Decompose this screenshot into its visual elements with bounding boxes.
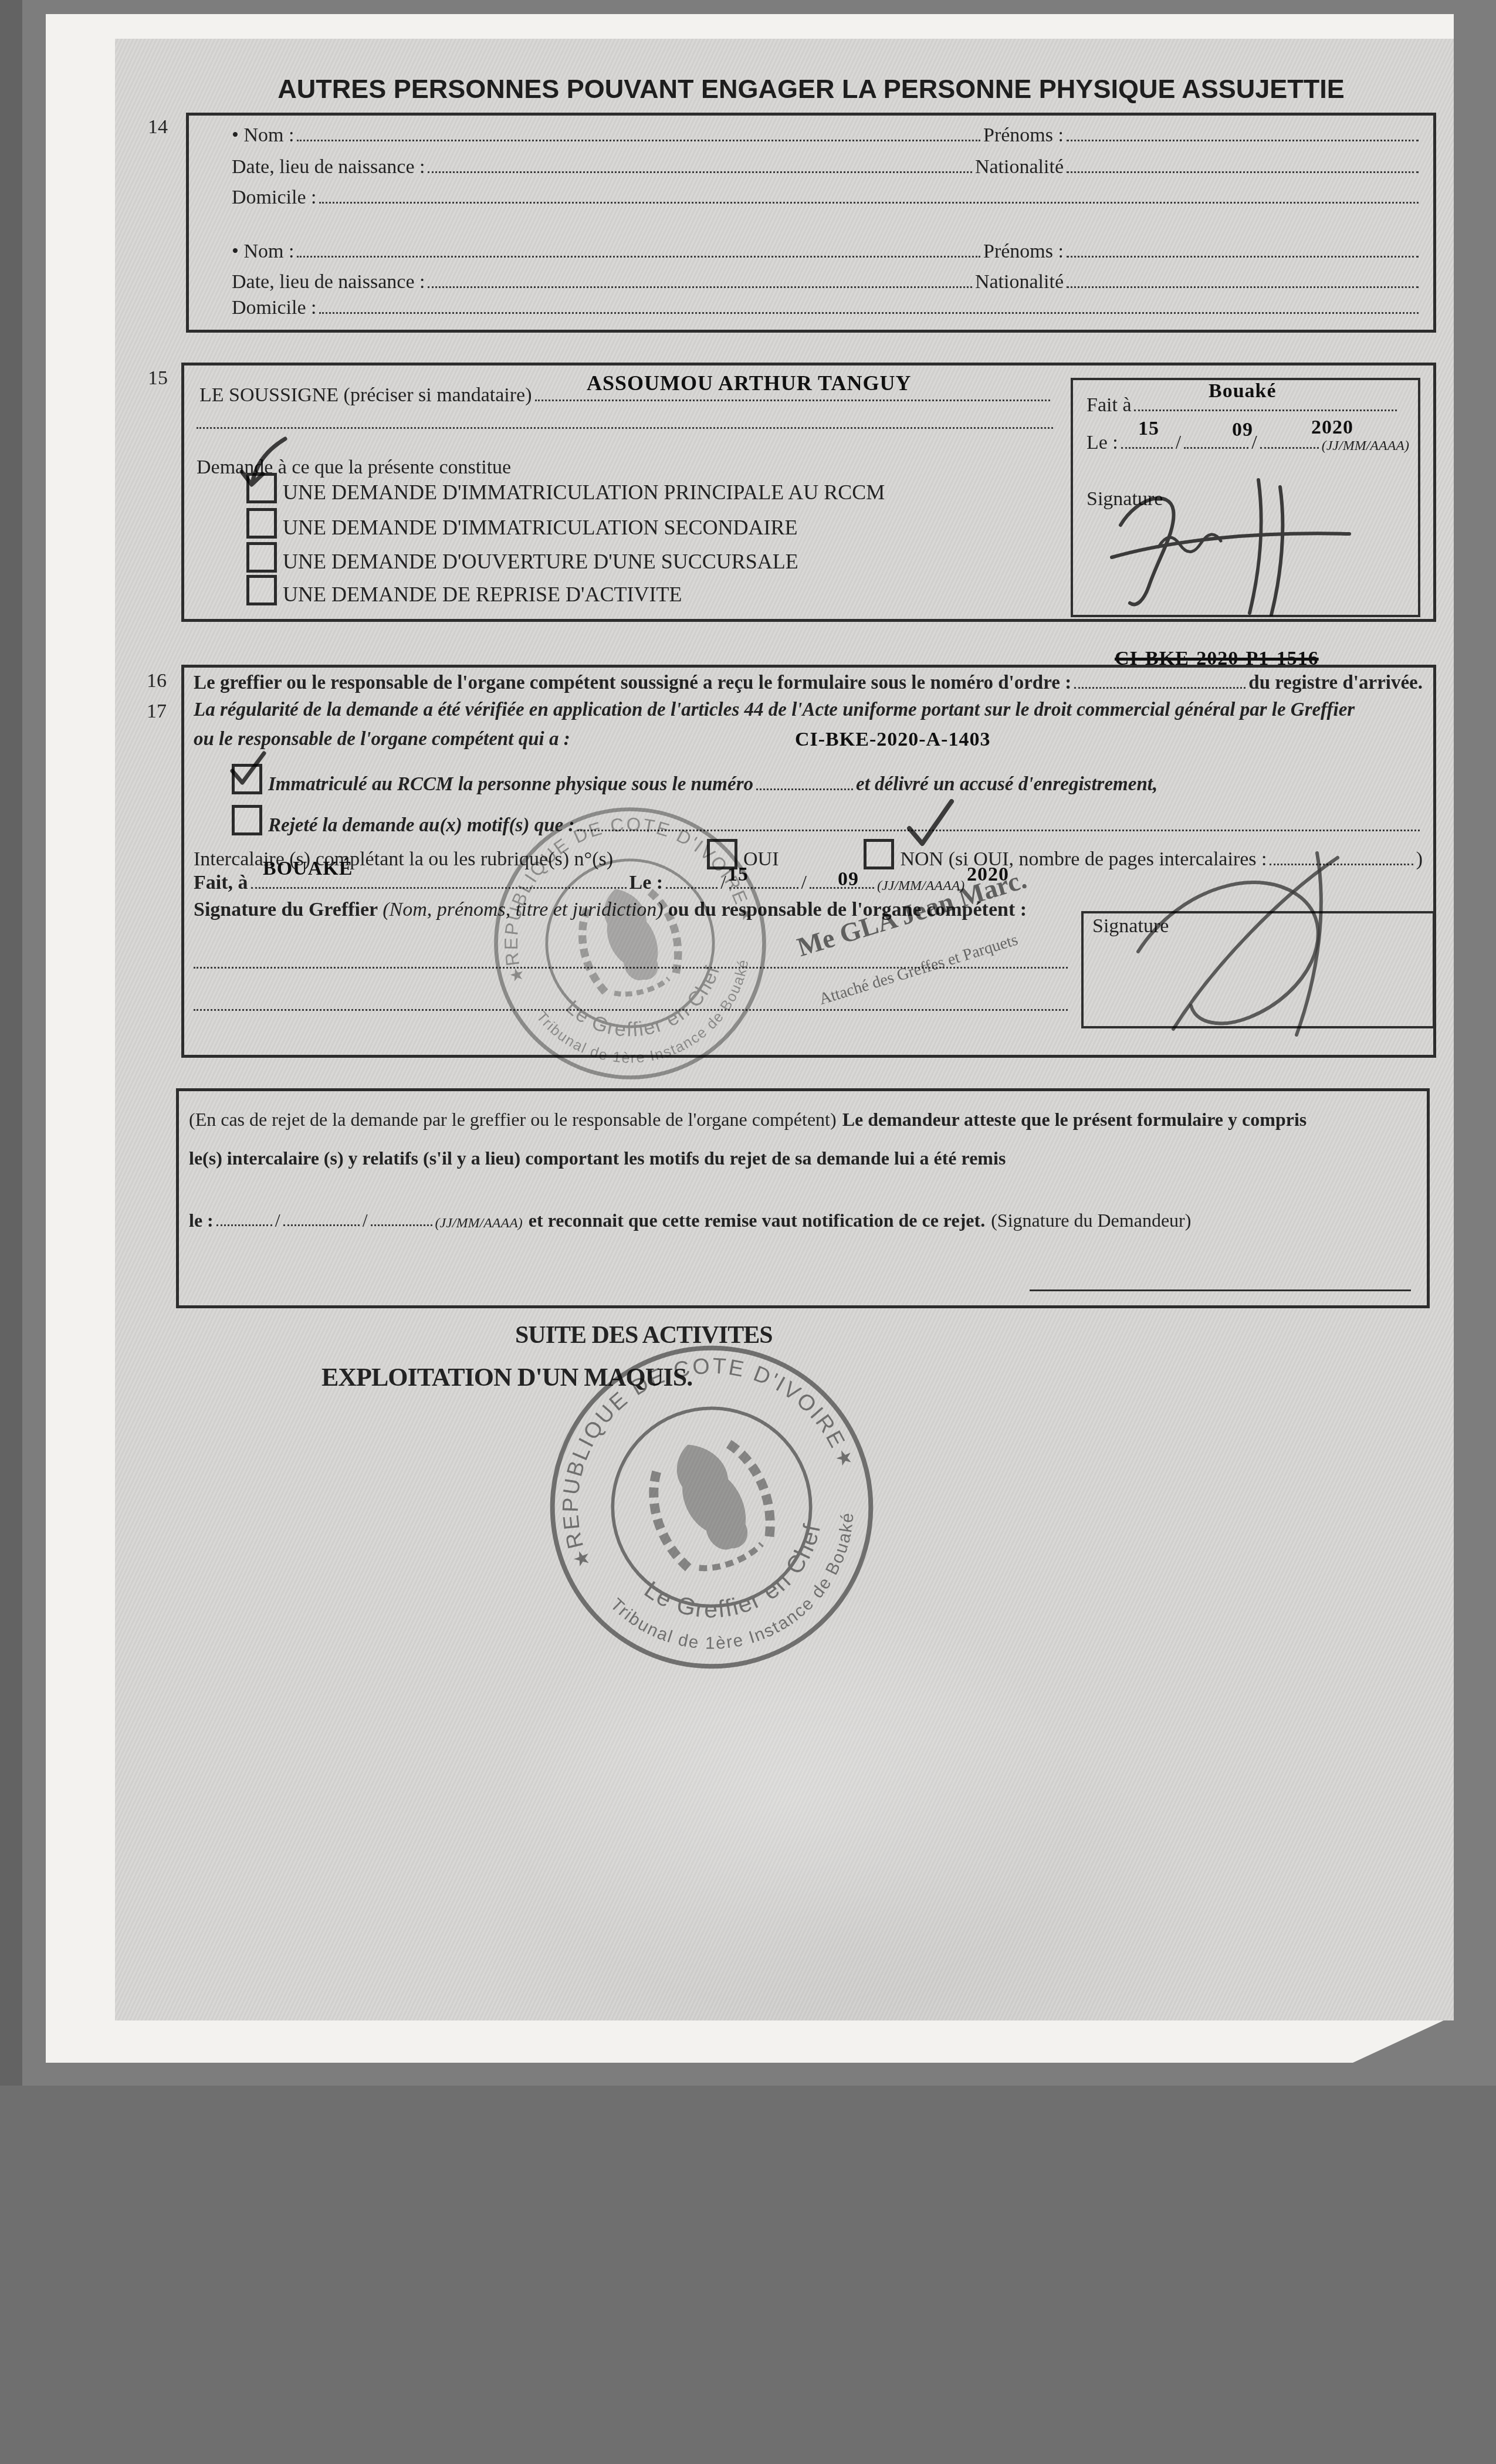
fait-a-value: Bouaké xyxy=(1209,380,1277,402)
date-jj-value: 15 xyxy=(1138,418,1159,440)
stamp-star-icon: ★ xyxy=(507,964,527,986)
rejet-line3-bold: et reconnait que cette remise vaut notif… xyxy=(529,1210,985,1231)
fait-a-label: Fait à xyxy=(1087,394,1131,417)
option-label: UNE DEMANDE D'OUVERTURE D'UNE SUCCURSALE xyxy=(283,549,798,574)
date-naissance-label: Date, lieu de naissance : xyxy=(232,271,425,293)
checkbox-ouverture-succursale xyxy=(246,542,277,573)
coat-of-arms-icon xyxy=(636,1425,784,1582)
applicant-signature xyxy=(1103,469,1361,616)
immatricule-text-after: et délivré un accusé d'enregistrement, xyxy=(856,774,1157,796)
numero-field xyxy=(756,788,853,790)
domicile-field xyxy=(319,202,1419,204)
date-naissance-label: Date, lieu de naissance : xyxy=(232,156,425,178)
slash: / xyxy=(275,1210,280,1231)
form-page: AUTRES PERSONNES POUVANT ENGAGER LA PERS… xyxy=(0,0,1496,2464)
stamp-star-icon: ★ xyxy=(570,1545,594,1572)
rejet-line1-bold: Le demandeur atteste que le présent form… xyxy=(842,1109,1307,1131)
checkbox-reprise-activite xyxy=(246,575,277,605)
checkbox-non xyxy=(864,839,894,869)
date-aaaa-field-17 xyxy=(810,887,874,889)
demandeur-signature-line xyxy=(1030,1289,1411,1291)
rejet-date-mm-field xyxy=(283,1224,360,1226)
fait-a-field xyxy=(1134,409,1397,411)
nom-label: • Nom : xyxy=(232,241,294,263)
date-naissance-field xyxy=(428,286,972,288)
slash: / xyxy=(1176,432,1181,454)
rejet-date-format: (JJ/MM/AAAA) xyxy=(435,1216,523,1231)
date-aaaa-field xyxy=(1260,447,1319,449)
fait-a-label-17: Fait, à xyxy=(194,872,248,894)
prenoms-field xyxy=(1067,256,1419,258)
domicile-label: Domicile : xyxy=(232,187,316,209)
prenoms-label: Prénoms : xyxy=(983,241,1064,263)
soussigne-label: LE SOUSSIGNE (préciser si mandataire) xyxy=(199,384,532,407)
date-mm-field xyxy=(1184,447,1248,449)
nationalite-field xyxy=(1067,171,1419,173)
prenoms-label: Prénoms : xyxy=(983,124,1064,147)
greffier-recu-text: Le greffier ou le responsable de l'organ… xyxy=(194,672,1071,694)
nom-label: • Nom : xyxy=(232,124,294,147)
soussigne-value: ASSOUMOU ARTHUR TANGUY xyxy=(587,371,911,395)
slash: / xyxy=(801,872,807,894)
close-paren: ) xyxy=(1416,848,1423,871)
nom-field xyxy=(297,140,980,141)
checkmark-annotation xyxy=(233,435,298,506)
nationalite-label: Nationalité xyxy=(975,271,1064,293)
nationalite-field xyxy=(1067,286,1419,288)
section-15-number: 15 xyxy=(148,367,168,390)
option-label: UNE DEMANDE D'IMMATRICULATION PRINCIPALE… xyxy=(283,480,885,505)
soussigne-field-line2 xyxy=(197,427,1053,429)
date-jj-field xyxy=(1121,447,1173,449)
checkmark-annotation xyxy=(902,798,959,854)
nom-field xyxy=(297,256,980,258)
prenoms-field xyxy=(1067,140,1419,141)
domicile-field xyxy=(319,312,1419,314)
nationalite-label: Nationalité xyxy=(975,156,1064,178)
regularite-line1: La régularité de la demande a été vérifi… xyxy=(194,699,1355,721)
section-17-number: 17 xyxy=(147,700,167,723)
stamp-star-icon: ★ xyxy=(736,903,755,925)
rejet-date-aaaa-field xyxy=(371,1224,432,1226)
order-number-field xyxy=(1074,687,1245,689)
regularite-line2: ou le responsable de l'organe compétent … xyxy=(194,729,570,750)
rejet-line3-normal: (Signature du Demandeur) xyxy=(991,1210,1191,1231)
page-title: AUTRES PERSONNES POUVANT ENGAGER LA PERS… xyxy=(186,74,1436,104)
date-mm-value: 09 xyxy=(1232,419,1253,441)
checkbox-immatriculation-secondaire xyxy=(246,508,277,539)
reference-number-value: CI-BKE-2020-A-1403 xyxy=(795,729,990,751)
le-label: Le : xyxy=(1087,432,1118,454)
tribunal-stamp: REPUBLIQUE DE COTE D'IVOIRE Tribunal de … xyxy=(496,1291,928,1723)
coat-of-arms-icon xyxy=(570,877,688,1004)
rejet-line2: le(s) intercalaire (s) y relatifs (s'il … xyxy=(189,1148,1006,1169)
date-format-hint: (JJ/MM/AAAA) xyxy=(1322,438,1409,454)
date-aaaa-value: 2020 xyxy=(1311,417,1353,439)
rejet-le-label: le : xyxy=(189,1210,214,1231)
greffier-signature xyxy=(1085,840,1367,1043)
rejet-line1-normal: (En cas de rejet de la demande par le gr… xyxy=(189,1109,837,1131)
option-label: UNE DEMANDE D'IMMATRICULATION SECONDAIRE xyxy=(283,515,797,540)
registre-arrivee-text: du registre d'arrivée. xyxy=(1248,672,1423,694)
domicile-label: Domicile : xyxy=(232,297,316,319)
signature-greffier-label: Signature du Greffier xyxy=(194,899,378,921)
date-naissance-field xyxy=(428,171,972,173)
section-16-number: 16 xyxy=(147,670,167,692)
option-label: UNE DEMANDE DE REPRISE D'ACTIVITE xyxy=(283,582,682,607)
checkbox-rejete-demande xyxy=(232,805,262,835)
soussigne-field xyxy=(535,400,1050,401)
order-number-value: CI-BKE-2020-P1-1516 xyxy=(1115,648,1319,670)
rejet-date-jj-field xyxy=(216,1224,272,1226)
checkmark-annotation xyxy=(226,750,271,788)
section-14-number: 14 xyxy=(148,116,168,138)
slash: / xyxy=(363,1210,368,1231)
